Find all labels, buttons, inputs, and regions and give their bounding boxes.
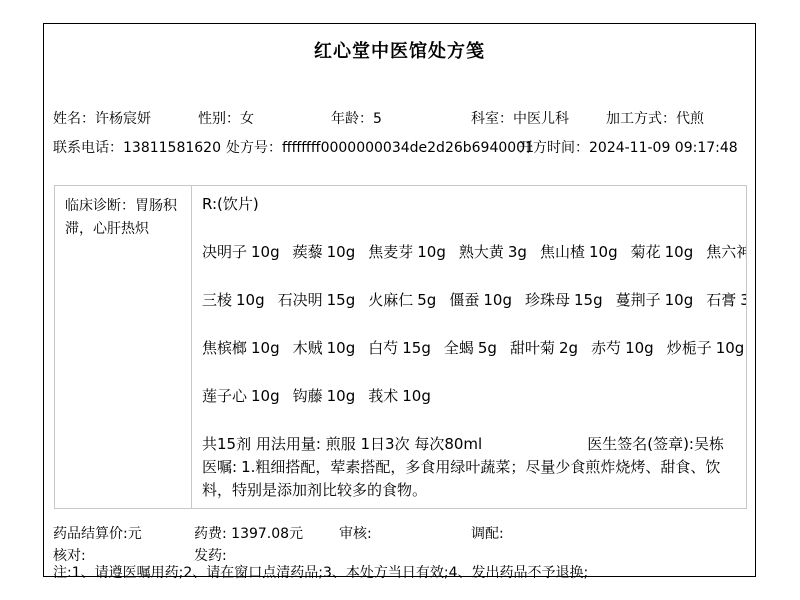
page-title: 红心堂中医馆处方笺 <box>44 37 755 63</box>
department-label: 科室： <box>471 111 513 127</box>
herb-name: 白芍 <box>368 339 398 357</box>
prescription-number-label: 处方号： <box>226 140 282 156</box>
medical-advice: 医嘱:1.粗细搭配，荤素搭配，多食用绿叶蔬菜；尽量少食煎炸烧烤、甜食、饮料，特别… <box>202 456 744 502</box>
herb-name: 蔓荆子 <box>616 291 661 309</box>
herb-name: 焦麦芽 <box>368 243 413 261</box>
processing-method-field: 加工方式：代煎 <box>606 108 704 128</box>
medical-advice-label: 医嘱: <box>202 458 237 476</box>
herb-dose: 15g <box>574 291 603 309</box>
herb-item: 石决明15g <box>278 291 356 309</box>
herb-name: 珍珠母 <box>525 291 570 309</box>
clinical-diagnosis-cell: 临床诊断：胃肠积滞，心肝热炽 <box>55 186 192 508</box>
herb-name: 莪术 <box>368 387 398 405</box>
herb-dose: 30g <box>740 291 746 309</box>
herb-dose: 5g <box>417 291 436 309</box>
doctor-signature-label: 医生签名(签章): <box>587 435 694 453</box>
patient-gender-label: 性别： <box>198 111 240 127</box>
patient-name-field: 姓名：许杨宸妍 <box>53 108 151 128</box>
herb-name: 钩藤 <box>293 387 323 405</box>
dispense-prep-label: 调配: <box>471 526 504 542</box>
herb-item: 全蝎5g <box>444 339 497 357</box>
rx-cell: R:(饮片) 决明子10g蒺藜10g焦麦芽10g熟大黄3g焦山楂10g菊花10g… <box>192 186 746 508</box>
settlement-price-label: 药品结算价: <box>53 526 128 542</box>
herb-dose: 10g <box>402 387 431 405</box>
patient-gender-value: 女 <box>240 111 254 127</box>
herb-line: 决明子10g蒺藜10g焦麦芽10g熟大黄3g焦山楂10g菊花10g焦六神曲10g <box>202 242 746 262</box>
herb-name: 甜叶菊 <box>510 339 555 357</box>
herb-item: 白芍15g <box>368 339 431 357</box>
phone-label: 联系电话： <box>53 140 123 156</box>
herb-dose: 10g <box>483 291 512 309</box>
rx-header: R:(饮片) <box>202 194 746 214</box>
herb-name: 决明子 <box>202 243 247 261</box>
herb-item: 甜叶菊2g <box>510 339 578 357</box>
herb-item: 莪术10g <box>368 387 431 405</box>
herb-item: 蒺藜10g <box>293 243 356 261</box>
prescription-number-field: 处方号：ffffffff0000000034de2d26b6940001 <box>226 137 534 157</box>
herb-dose: 10g <box>665 291 694 309</box>
herb-dose: 10g <box>251 339 280 357</box>
herb-name: 熟大黄 <box>459 243 504 261</box>
herb-name: 木贼 <box>293 339 323 357</box>
herb-item: 熟大黄3g <box>459 243 527 261</box>
usage-text: 共15剂 用法用量: 煎服 1日3次 每次80ml <box>202 434 482 454</box>
herb-item: 莲子心10g <box>202 387 280 405</box>
herb-item: 僵蚕10g <box>449 291 512 309</box>
usage-label: 用法用量: <box>256 435 321 453</box>
herb-item: 蔓荆子10g <box>616 291 694 309</box>
herb-line: 焦槟榔10g木贼10g白芍15g全蝎5g甜叶菊2g赤芍10g炒栀子10g <box>202 338 746 358</box>
prescription-form: 红心堂中医馆处方笺 姓名：许杨宸妍 性别：女 年龄：5 科室：中医儿科 加工方式… <box>43 23 756 577</box>
herb-item: 三棱10g <box>202 291 265 309</box>
processing-method-value: 代煎 <box>676 111 704 127</box>
phone-value: 13811581620 <box>123 140 221 156</box>
herb-dose: 10g <box>417 243 446 261</box>
herb-item: 菊花10g <box>631 243 694 261</box>
herb-dose: 10g <box>665 243 694 261</box>
herb-item: 珍珠母15g <box>525 291 603 309</box>
processing-method-label: 加工方式： <box>606 111 676 127</box>
herb-dose: 2g <box>559 339 578 357</box>
herb-name: 焦槟榔 <box>202 339 247 357</box>
medicine-fee-value: 1397.08元 <box>227 526 303 542</box>
department-value: 中医儿科 <box>513 111 569 127</box>
herb-line: 莲子心10g钩藤10g莪术10g <box>202 386 746 406</box>
herb-name: 火麻仁 <box>368 291 413 309</box>
doctor-signature: 医生签名(签章):吴栋 <box>587 434 724 454</box>
herb-item: 赤芍10g <box>591 339 654 357</box>
herb-dose: 10g <box>251 387 280 405</box>
patient-age-value: 5 <box>373 111 382 127</box>
prescription-number-value: ffffffff0000000034de2d26b6940001 <box>282 140 534 156</box>
settlement-price-value: 元 <box>128 526 142 542</box>
usage-value: 煎服 1日3次 每次80ml <box>326 435 483 453</box>
herb-name: 焦山楂 <box>540 243 585 261</box>
herb-name: 菊花 <box>631 243 661 261</box>
herb-dose: 5g <box>478 339 497 357</box>
review-field: 审核: <box>339 523 372 543</box>
herb-item: 木贼10g <box>293 339 356 357</box>
herb-dose: 10g <box>589 243 618 261</box>
diagnosis-label: 临床诊断： <box>65 198 135 214</box>
herb-name: 焦六神曲 <box>706 243 746 261</box>
herb-name: 莲子心 <box>202 387 247 405</box>
patient-age-field: 年龄：5 <box>331 108 382 128</box>
department-field: 科室：中医儿科 <box>471 108 569 128</box>
issue-time-value: 2024-11-09 09:17:48 <box>589 140 738 156</box>
doctor-name: 吴栋 <box>694 435 724 453</box>
herb-line: 三棱10g石决明15g火麻仁5g僵蚕10g珍珠母15g蔓荆子10g石膏30g <box>202 290 746 310</box>
herb-dose: 15g <box>327 291 356 309</box>
phone-field: 联系电话：13811581620 <box>53 137 221 157</box>
herb-dose: 10g <box>716 339 745 357</box>
patient-gender-field: 性别：女 <box>198 108 254 128</box>
herb-item: 石膏30g <box>706 291 746 309</box>
herb-dose: 10g <box>236 291 265 309</box>
herb-item: 火麻仁5g <box>368 291 436 309</box>
issue-time-label: 开方时间： <box>519 140 589 156</box>
total-doses: 共15剂 <box>202 435 251 453</box>
herb-dose: 10g <box>251 243 280 261</box>
herb-name: 僵蚕 <box>449 291 479 309</box>
usage-row: 共15剂 用法用量: 煎服 1日3次 每次80ml 医生签名(签章):吴栋 <box>202 434 746 454</box>
herb-name: 炒栀子 <box>667 339 712 357</box>
herb-item: 焦槟榔10g <box>202 339 280 357</box>
herb-dose: 10g <box>625 339 654 357</box>
herb-name: 全蝎 <box>444 339 474 357</box>
herb-dose: 15g <box>402 339 431 357</box>
herb-rows: 决明子10g蒺藜10g焦麦芽10g熟大黄3g焦山楂10g菊花10g焦六神曲10g… <box>202 242 746 406</box>
issue-time-field: 开方时间：2024-11-09 09:17:48 <box>519 137 738 157</box>
herb-name: 赤芍 <box>591 339 621 357</box>
herb-item: 焦山楂10g <box>540 243 618 261</box>
patient-name-label: 姓名： <box>53 111 95 127</box>
review-label: 审核: <box>339 526 372 542</box>
herb-item: 炒栀子10g <box>667 339 745 357</box>
herb-dose: 10g <box>327 387 356 405</box>
settlement-price-field: 药品结算价:元 <box>53 523 142 543</box>
herb-name: 石决明 <box>278 291 323 309</box>
herb-item: 决明子10g <box>202 243 280 261</box>
herb-dose: 10g <box>327 243 356 261</box>
herb-dose: 3g <box>508 243 527 261</box>
herb-dose: 10g <box>327 339 356 357</box>
patient-name-value: 许杨宸妍 <box>95 111 151 127</box>
herb-name: 石膏 <box>706 291 736 309</box>
herb-item: 焦麦芽10g <box>368 243 446 261</box>
herb-name: 三棱 <box>202 291 232 309</box>
medical-advice-text: 1.粗细搭配，荤素搭配，多食用绿叶蔬菜；尽量少食煎炸烧烤、甜食、饮料，特别是添加… <box>202 458 720 499</box>
medicine-fee-field: 药费: 1397.08元 <box>194 523 303 543</box>
dispense-prep-field: 调配: <box>471 523 504 543</box>
prescription-table: 临床诊断：胃肠积滞，心肝热炽 R:(饮片) 决明子10g蒺藜10g焦麦芽10g熟… <box>54 185 747 509</box>
patient-age-label: 年龄： <box>331 111 373 127</box>
medicine-fee-label: 药费: <box>194 526 227 542</box>
footer-note: 注:1、请遵医嘱用药;2、请在窗口点清药品;3、本处方当日有效;4、发出药品不予… <box>53 562 588 582</box>
herb-item: 焦六神曲10g <box>706 243 746 261</box>
herb-item: 钩藤10g <box>293 387 356 405</box>
herb-name: 蒺藜 <box>293 243 323 261</box>
